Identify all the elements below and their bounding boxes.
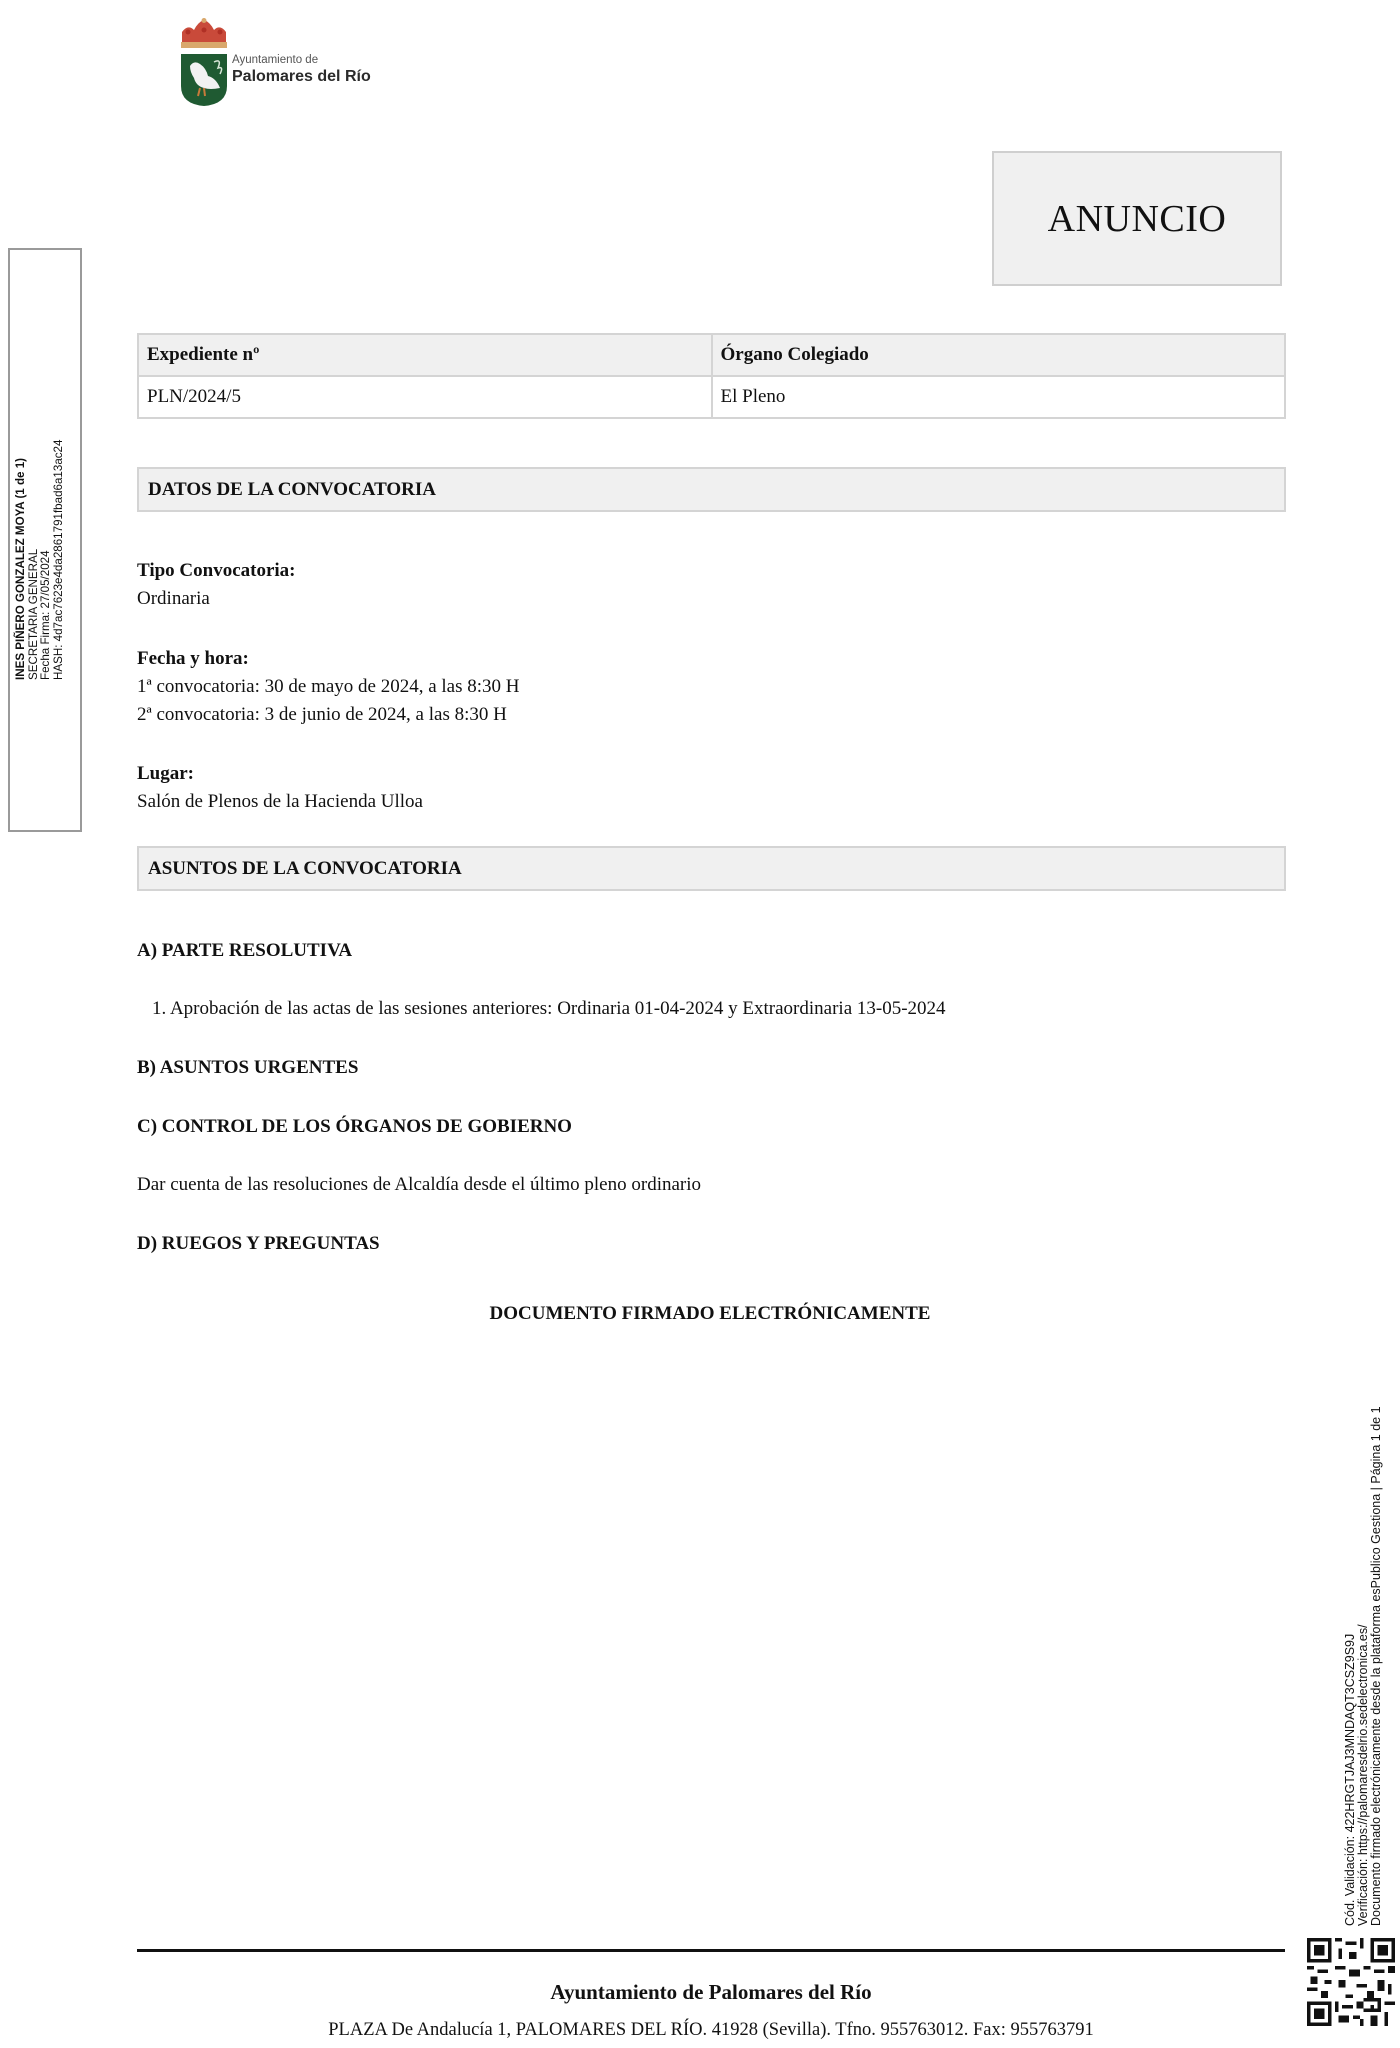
municipality-logo: Ayuntamiento de Palomares del Río <box>178 18 378 108</box>
table-row: PLN/2024/5 El Pleno <box>138 376 1285 418</box>
parte-b-heading: B) ASUNTOS URGENTES <box>137 1057 358 1079</box>
parte-c-heading: C) CONTROL DE LOS ÓRGANOS DE GOBIERNO <box>137 1116 572 1138</box>
document-title: ANUNCIO <box>1048 197 1227 241</box>
footer-address: PLAZA De Andalucía 1, PALOMARES DEL RÍO.… <box>137 2020 1285 2041</box>
validation-info: Cód. Validación: 422HRGTJAJ3MNDAQT3CSZ9S… <box>1344 1406 1383 1926</box>
organo-value: El Pleno <box>712 376 1286 418</box>
header-organo: Órgano Colegiado <box>712 334 1286 376</box>
primera-convocatoria: 1ª convocatoria: 30 de mayo de 2024, a l… <box>137 676 520 698</box>
lugar-value: Salón de Plenos de la Hacienda Ulloa <box>137 791 423 813</box>
signed-notice: DOCUMENTO FIRMADO ELECTRÓNICAMENTE <box>0 1303 1400 1325</box>
signer-name: INES PIÑERO GONZALEZ MOYA (1 de 1) <box>15 440 28 680</box>
parte-a-item-1: 1. Aprobación de las actas de las sesion… <box>152 998 946 1020</box>
fecha-hora-label: Fecha y hora: <box>137 648 249 670</box>
logo-text-name: Palomares del Río <box>232 68 371 86</box>
document-title-box: ANUNCIO <box>992 151 1282 286</box>
expediente-table: Expediente nº Órgano Colegiado PLN/2024/… <box>137 333 1286 419</box>
parte-c-text: Dar cuenta de las resoluciones de Alcald… <box>137 1174 701 1196</box>
platform-note: Documento firmado electrónicamente desde… <box>1370 1406 1383 1926</box>
section-datos-heading: DATOS DE LA CONVOCATORIA <box>137 467 1286 512</box>
tipo-convocatoria-label: Tipo Convocatoria: <box>137 560 296 582</box>
section-asuntos-heading: ASUNTOS DE LA CONVOCATORIA <box>137 846 1286 891</box>
signature-date: Fecha Firma: 27/05/2024 <box>40 440 53 680</box>
signature-hash: HASH: 4d7ac7623e4da2861791fbad6a13ac24 <box>53 440 66 680</box>
expediente-value: PLN/2024/5 <box>138 376 712 418</box>
qr-code-icon[interactable] <box>1307 1938 1395 2026</box>
logo-text-small: Ayuntamiento de <box>232 54 318 66</box>
footer-org-name: Ayuntamiento de Palomares del Río <box>137 1980 1285 2005</box>
tipo-convocatoria-value: Ordinaria <box>137 588 210 610</box>
footer-divider <box>137 1949 1285 1952</box>
parte-a-heading: A) PARTE RESOLUTIVA <box>137 940 352 962</box>
header-expediente: Expediente nº <box>138 334 712 376</box>
table-header-row: Expediente nº Órgano Colegiado <box>138 334 1285 376</box>
segunda-convocatoria: 2ª convocatoria: 3 de junio de 2024, a l… <box>137 704 507 726</box>
signature-info: INES PIÑERO GONZALEZ MOYA (1 de 1) SECRE… <box>15 440 65 680</box>
coat-of-arms-icon <box>178 18 230 108</box>
parte-d-heading: D) RUEGOS Y PREGUNTAS <box>137 1233 380 1255</box>
lugar-label: Lugar: <box>137 763 194 785</box>
